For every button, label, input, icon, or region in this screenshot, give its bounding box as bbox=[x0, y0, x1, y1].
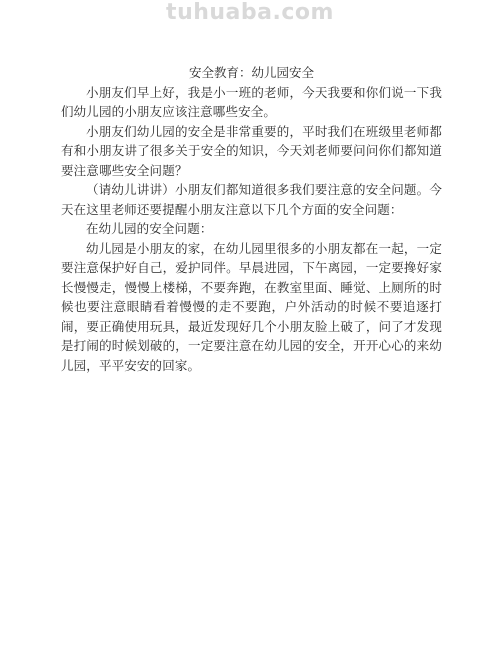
paragraph-greeting: 小朋友们早上好，我是小一班的老师，今天我要和你们说一下我们幼儿园的小朋友应该注意… bbox=[61, 83, 442, 122]
document-page: 安全教育：幼儿园安全 小朋友们早上好，我是小一班的老师，今天我要和你们说一下我们… bbox=[61, 63, 442, 375]
paragraph-discussion: （请幼儿讲讲）小朋友们都知道很多我们要注意的安全问题。今天在这里老师还要提醒小朋… bbox=[61, 180, 442, 219]
watermark: tuhuaba.com bbox=[0, 0, 500, 26]
document-title: 安全教育：幼儿园安全 bbox=[61, 63, 442, 83]
paragraph-subheading: 在幼儿园的安全问题： bbox=[61, 219, 442, 239]
paragraph-importance: 小朋友们幼儿园的安全是非常重要的，平时我们在班级里老师都有和小朋友讲了很多关于安… bbox=[61, 122, 442, 181]
paragraph-safety-details: 幼儿园是小朋友的家，在幼儿园里很多的小朋友都在一起，一定要注意保护好自己，爱护同… bbox=[61, 239, 442, 376]
